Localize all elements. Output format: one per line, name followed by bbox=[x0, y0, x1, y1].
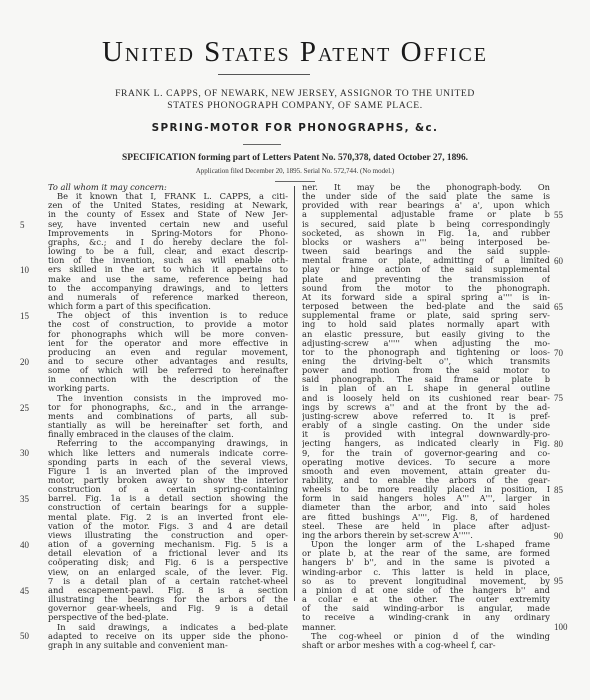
text-line: vation of the motor. Figs. 3 and 4 are d… bbox=[48, 522, 288, 531]
text-line: plate and preventing the transmission of bbox=[302, 275, 550, 284]
text-line: tween said bearings and the said supple- bbox=[302, 247, 550, 256]
text-line: ing the arbors therein by set-screw A'''… bbox=[302, 531, 550, 540]
text-line: detail elevation of a frictional lever a… bbox=[48, 549, 288, 558]
text-line: form in said hangers holes A''' A''', la… bbox=[302, 494, 550, 503]
text-line: sponding parts in each of the several vi… bbox=[48, 458, 288, 467]
line-number: 100 bbox=[554, 622, 568, 632]
text-line: ner. It may be the phonograph-body. On bbox=[302, 183, 550, 192]
text-line: smooth and even movement, attain greater… bbox=[302, 467, 550, 476]
text-line: ings by screws a'' and at the front by t… bbox=[302, 403, 550, 412]
text-line: terposed between the bed-plate and the s… bbox=[302, 302, 550, 311]
text-line: make and use the same, reference being h… bbox=[48, 275, 288, 284]
text-line: sound from the motor to the phonograph. bbox=[302, 284, 550, 293]
title-rule bbox=[218, 74, 310, 75]
invention-title: SPRING-MOTOR FOR PHONOGRAPHS, &c. bbox=[0, 122, 590, 134]
text-line: views illustrating the construction and … bbox=[48, 531, 288, 540]
line-number: 15 bbox=[20, 311, 29, 321]
text-line: The cog-wheel or pinion d of the winding bbox=[302, 632, 550, 641]
text-line: ient for the operator and more effective… bbox=[48, 339, 288, 348]
text-line: adapted to receive on its upper side the… bbox=[48, 632, 288, 641]
line-number: 30 bbox=[20, 448, 29, 458]
text-line: for phonographs which will be more conve… bbox=[48, 330, 288, 339]
text-line: perspective of the bed-plate. bbox=[48, 613, 288, 622]
text-line: finally embraced in the clauses of the c… bbox=[48, 430, 288, 439]
text-line: the cost of construction, to provide a m… bbox=[48, 320, 288, 329]
application-line: Application filed December 20, 1895. Ser… bbox=[0, 167, 590, 175]
text-line: so as to prevent longitudinal movement, … bbox=[302, 577, 550, 586]
text-line: is secured, said plate b being correspon… bbox=[302, 220, 550, 229]
text-line: steel. These are held in place after adj… bbox=[302, 522, 550, 531]
invention-rule bbox=[243, 144, 281, 145]
text-line: tion of the invention, such as will enab… bbox=[48, 256, 288, 265]
left-column-lines: Be it known that I, FRANK L. CAPPS, a ci… bbox=[48, 192, 288, 650]
text-line: Figure 1 is an inverted plan of the impr… bbox=[48, 467, 288, 476]
text-line: play or hinge action of the said supplem… bbox=[302, 265, 550, 274]
patent-office-title: United States Patent Office bbox=[0, 36, 590, 69]
text-line: illustrating the bearings for the arbors… bbox=[48, 595, 288, 604]
line-number: 65 bbox=[554, 302, 563, 312]
line-number: 80 bbox=[554, 439, 563, 449]
text-line: producing an even and regular movement, bbox=[48, 348, 288, 357]
assignor-line-2: STATES PHONOGRAPH COMPANY, OF SAME PLACE… bbox=[40, 100, 550, 112]
text-line: stantially as will be hereinafter set fo… bbox=[48, 421, 288, 430]
text-line: socketed, as shown in Fig. 1a, and rubbe… bbox=[302, 229, 550, 238]
text-line: At its forward side a spiral spring a'''… bbox=[302, 293, 550, 302]
text-line: construction of a certain spring-contain… bbox=[48, 485, 288, 494]
text-line: governor gear-wheels, and Fig. 9 is a de… bbox=[48, 604, 288, 613]
text-line: to receive a winding-crank in any ordina… bbox=[302, 613, 550, 622]
text-line: winding-arbor c. This latter is held in … bbox=[302, 568, 550, 577]
text-line: in the county of Essex and State of New … bbox=[48, 210, 288, 219]
line-number: 60 bbox=[554, 256, 563, 266]
text-line: and escapement-pawl. Fig. 8 is a section bbox=[48, 586, 288, 595]
text-line: power and motion from the said motor to bbox=[302, 366, 550, 375]
line-number: 50 bbox=[20, 631, 29, 641]
text-line: a supplemental adjustable frame or plate… bbox=[302, 210, 550, 219]
text-line: blocks or washers a''' being interposed … bbox=[302, 238, 550, 247]
text-line: construction of certain bearings for a s… bbox=[48, 503, 288, 512]
text-line: a pinion d at one side of the hangers b'… bbox=[302, 586, 550, 595]
left-column: To all whom it may concern: Be it known … bbox=[48, 183, 288, 650]
text-line: justing-screw above referred to. It is p… bbox=[302, 412, 550, 421]
text-line: Upon the longer arm of the L-shaped fram… bbox=[302, 540, 550, 549]
text-line: which like letters and numerals indicate… bbox=[48, 449, 288, 458]
right-column: ner. It may be the phonograph-body. Onth… bbox=[302, 183, 550, 650]
text-line: In said drawings, a indicates a bed-plat… bbox=[48, 623, 288, 632]
text-line: The object of this invention is to reduc… bbox=[48, 311, 288, 320]
text-line: to the accompanying drawings, and to let… bbox=[48, 284, 288, 293]
header-rule bbox=[275, 181, 315, 182]
text-line: graph in any suitable and convenient man… bbox=[48, 641, 288, 650]
line-number: 20 bbox=[20, 357, 29, 367]
line-number: 35 bbox=[20, 494, 29, 504]
text-line: 9, for the train of governor-gearing and… bbox=[302, 449, 550, 458]
line-number: 40 bbox=[20, 540, 29, 550]
text-line: of the said winding-arbor is angular, ma… bbox=[302, 604, 550, 613]
text-line: Referring to the accompanying drawings, … bbox=[48, 439, 288, 448]
text-line: zen of the United States, residing at Ne… bbox=[48, 201, 288, 210]
text-line: ening the driving-belt o'', which transm… bbox=[302, 357, 550, 366]
text-line: ing to hold said plates normally apart w… bbox=[302, 320, 550, 329]
text-line: diameter than the arbor, and into said h… bbox=[302, 503, 550, 512]
text-line: tor to the phonograph and tightening or … bbox=[302, 348, 550, 357]
text-line: hangers b' b'', and in the same is pivot… bbox=[302, 558, 550, 567]
text-line: or plate b, at the rear of the same, are… bbox=[302, 549, 550, 558]
line-number: 70 bbox=[554, 348, 563, 358]
text-line: barrel. Fig. 1a is a detail section show… bbox=[48, 494, 288, 503]
line-number: 10 bbox=[20, 265, 29, 275]
text-line: lowing to be a full, clear, and exact de… bbox=[48, 247, 288, 256]
salutation: To all whom it may concern: bbox=[48, 183, 288, 192]
text-line: the under side of the said plate the sam… bbox=[302, 192, 550, 201]
text-line: shaft or arbor meshes with a cog-wheel f… bbox=[302, 641, 550, 650]
text-line: view, on an enlarged scale, of the lever… bbox=[48, 568, 288, 577]
line-number: 55 bbox=[554, 210, 563, 220]
text-line: are fitted bushings A'''', Fig. 8, of ha… bbox=[302, 513, 550, 522]
text-line: adjusting-screw a''''' when adjusting th… bbox=[302, 339, 550, 348]
text-line: Improvements in Spring-Motors for Phono- bbox=[48, 229, 288, 238]
line-number: 85 bbox=[554, 485, 563, 495]
right-column-lines: ner. It may be the phonograph-body. Onth… bbox=[302, 183, 550, 650]
text-line: wheels to be more readily placed in posi… bbox=[302, 485, 550, 494]
text-line: working parts. bbox=[48, 384, 288, 393]
text-line: which form a part of this specification. bbox=[48, 302, 288, 311]
assignor-line-1: FRANK L. CAPPS, OF NEWARK, NEW JERSEY, A… bbox=[40, 88, 550, 100]
text-line: and to secure other advantages and resul… bbox=[48, 357, 288, 366]
line-number: 95 bbox=[554, 576, 563, 586]
text-line: ation of a governing mechanism. Fig. 5 i… bbox=[48, 540, 288, 549]
text-line: rability, and to enable the arbors of th… bbox=[302, 476, 550, 485]
text-line: and is loosely held on its cushioned rea… bbox=[302, 394, 550, 403]
text-line: The invention consists in the improved m… bbox=[48, 394, 288, 403]
text-line: said phonograph. The said frame or plate… bbox=[302, 375, 550, 384]
column-divider bbox=[294, 186, 295, 601]
text-line: in connection with the description of th… bbox=[48, 375, 288, 384]
line-number: 25 bbox=[20, 403, 29, 413]
text-line: some of which will be referred to herein… bbox=[48, 366, 288, 375]
text-line: sey, have invented certain new and usefu… bbox=[48, 220, 288, 229]
specification-line: SPECIFICATION forming part of Letters Pa… bbox=[0, 153, 590, 163]
text-line: provided with rear bearings a' a', upon … bbox=[302, 201, 550, 210]
line-number: 5 bbox=[20, 220, 25, 230]
text-line: mental plate. Fig. 2 is an inverted fron… bbox=[48, 513, 288, 522]
inventor-assignor: FRANK L. CAPPS, OF NEWARK, NEW JERSEY, A… bbox=[40, 88, 550, 111]
text-line: coöperating disk; and Fig. 6 is a perspe… bbox=[48, 558, 288, 567]
text-line: ments and combinations of parts, all sub… bbox=[48, 412, 288, 421]
line-number: 45 bbox=[20, 586, 29, 596]
text-line: an elastic pressure, but easily giving t… bbox=[302, 330, 550, 339]
text-line: motor, partly broken away to show the in… bbox=[48, 476, 288, 485]
line-number: 75 bbox=[554, 393, 563, 403]
text-line: erably of a single casting. On the under… bbox=[302, 421, 550, 430]
text-line: manner. bbox=[302, 623, 550, 632]
text-line: a collar e at the other. The outer extre… bbox=[302, 595, 550, 604]
text-line: and numerals of reference marked thereon… bbox=[48, 293, 288, 302]
line-number: 90 bbox=[554, 531, 563, 541]
text-line: 7 is a detail plan of a certain ratchet-… bbox=[48, 577, 288, 586]
text-line: Be it known that I, FRANK L. CAPPS, a ci… bbox=[48, 192, 288, 201]
text-line: graphs, &c.; and I do hereby declare the… bbox=[48, 238, 288, 247]
text-line: mental frame or plate, admitting of a li… bbox=[302, 256, 550, 265]
text-line: is in plan of an L shape in general outl… bbox=[302, 384, 550, 393]
text-line: tor for phonographs, &c., and in the arr… bbox=[48, 403, 288, 412]
text-line: ers skilled in the art to which it apper… bbox=[48, 265, 288, 274]
text-line: it is provided with integral downwardly-… bbox=[302, 430, 550, 439]
text-line: operating motive devices. To secure a mo… bbox=[302, 458, 550, 467]
text-line: jecting hangers, as indicated clearly in… bbox=[302, 439, 550, 448]
text-line: supplemental frame or plate, said spring… bbox=[302, 311, 550, 320]
